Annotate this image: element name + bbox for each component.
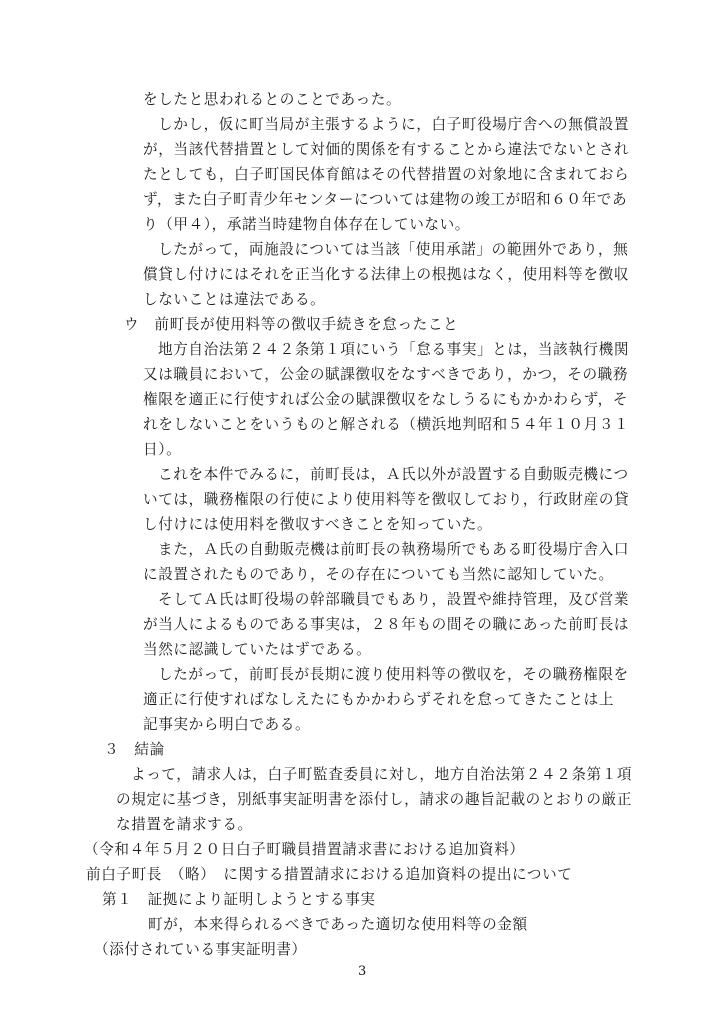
text-line: 償貸し付けにはそれを正当化する法律上の根拠はなく，使用料等を徴収 bbox=[143, 265, 629, 285]
text-line: ウ 前町長が使用料等の徴収手続きを怠ったこと bbox=[124, 315, 458, 335]
text-line: これを本件でみるに，前町長は，Ａ氏以外が設置する自動販売機につ bbox=[158, 465, 629, 485]
page-number: 3 bbox=[358, 964, 366, 979]
text-line: の規定に基づき，別紙事実証明書を添付し，請求の趣旨記載のとおりの厳正 bbox=[116, 790, 632, 810]
text-line: 第１ 証拠により証明しようとする事実 bbox=[102, 890, 376, 910]
text-line: したがって，両施設については当該「使用承諾」の範囲外であり，無 bbox=[158, 240, 628, 260]
text-line: し付けには使用料を徴収すべきことを知っていた。 bbox=[143, 515, 492, 535]
text-line: 当然に認識していたはずである。 bbox=[143, 640, 371, 660]
text-line: よって，請求人は，白子町監査委員に対し，地方自治法第２４２条第１項 bbox=[131, 765, 632, 785]
text-line: が，当該代替措置として対価的関係を有することから違法でないとされ bbox=[143, 140, 629, 160]
text-line: しかし，仮に町当局が主張するように，白子町役場庁舎への無償設置 bbox=[158, 115, 629, 135]
text-line: しないことは違法である。 bbox=[143, 290, 325, 310]
text-line: ３ 結論 bbox=[104, 740, 165, 760]
text-line: をしたと思われるとのことであった。 bbox=[143, 90, 401, 110]
text-line: に設置されたものであり，その存在についても当然に認知していた。 bbox=[143, 565, 614, 585]
text-line: れをしないことをいうものと解される（横浜地判昭和５４年１０月３１ bbox=[143, 415, 629, 435]
text-line: 適正に行使すればなしえたにもかかわらずそれを怠ってきたことは上 bbox=[143, 690, 614, 710]
text-line: 地方自治法第２４２条第１項にいう「怠る事実」とは，当該執行機関 bbox=[158, 340, 629, 360]
text-line: たとしても，白子町国民体育館はその代替措置の対象地に含まれておら bbox=[143, 165, 629, 185]
text-line: 町が，本来得られるべきであった適切な使用料等の金額 bbox=[148, 915, 528, 935]
text-line: （令和４年５月２０日白子町職員措置請求書における追加資料） bbox=[84, 840, 525, 860]
text-line: したがって，前町長が長期に渡り使用料等の徴収を，その職務権限を bbox=[158, 665, 629, 685]
text-line: また，Ａ氏の自動販売機は前町長の執務場所でもある町役場庁舎入口 bbox=[158, 540, 629, 560]
text-line: 前白子町長 （略） に関する措置請求における追加資料の提出について bbox=[86, 865, 573, 885]
text-line: 又は職員において，公金の賦課徴収をなすべきであり，かつ，その職務 bbox=[143, 365, 628, 385]
text-line: ず，また白子町青少年センターについては建物の竣工が昭和６０年であ bbox=[143, 190, 627, 210]
text-line: 権限を適正に行使すれば公金の賦課徴収をなしうるにもかかわらず，そ bbox=[143, 390, 628, 410]
text-line: いては，職務権限の行使により使用料等を徴収しており，行政財産の貸 bbox=[143, 490, 629, 510]
text-line: な措置を請求する。 bbox=[116, 815, 253, 835]
text-line: そしてＡ氏は町役場の幹部職員でもあり，設置や維持管理，及び営業 bbox=[158, 590, 629, 610]
text-line: 日）。 bbox=[143, 440, 181, 460]
text-line: り（甲４），承諾当時建物自体存在していない。 bbox=[143, 215, 470, 235]
text-line: が当人によるものである事実は，２８年もの間その職にあった前町長は bbox=[143, 615, 629, 635]
text-line: 記事実から明白である。 bbox=[143, 715, 310, 735]
text-line: （添付されている事実証明書） bbox=[94, 940, 307, 960]
